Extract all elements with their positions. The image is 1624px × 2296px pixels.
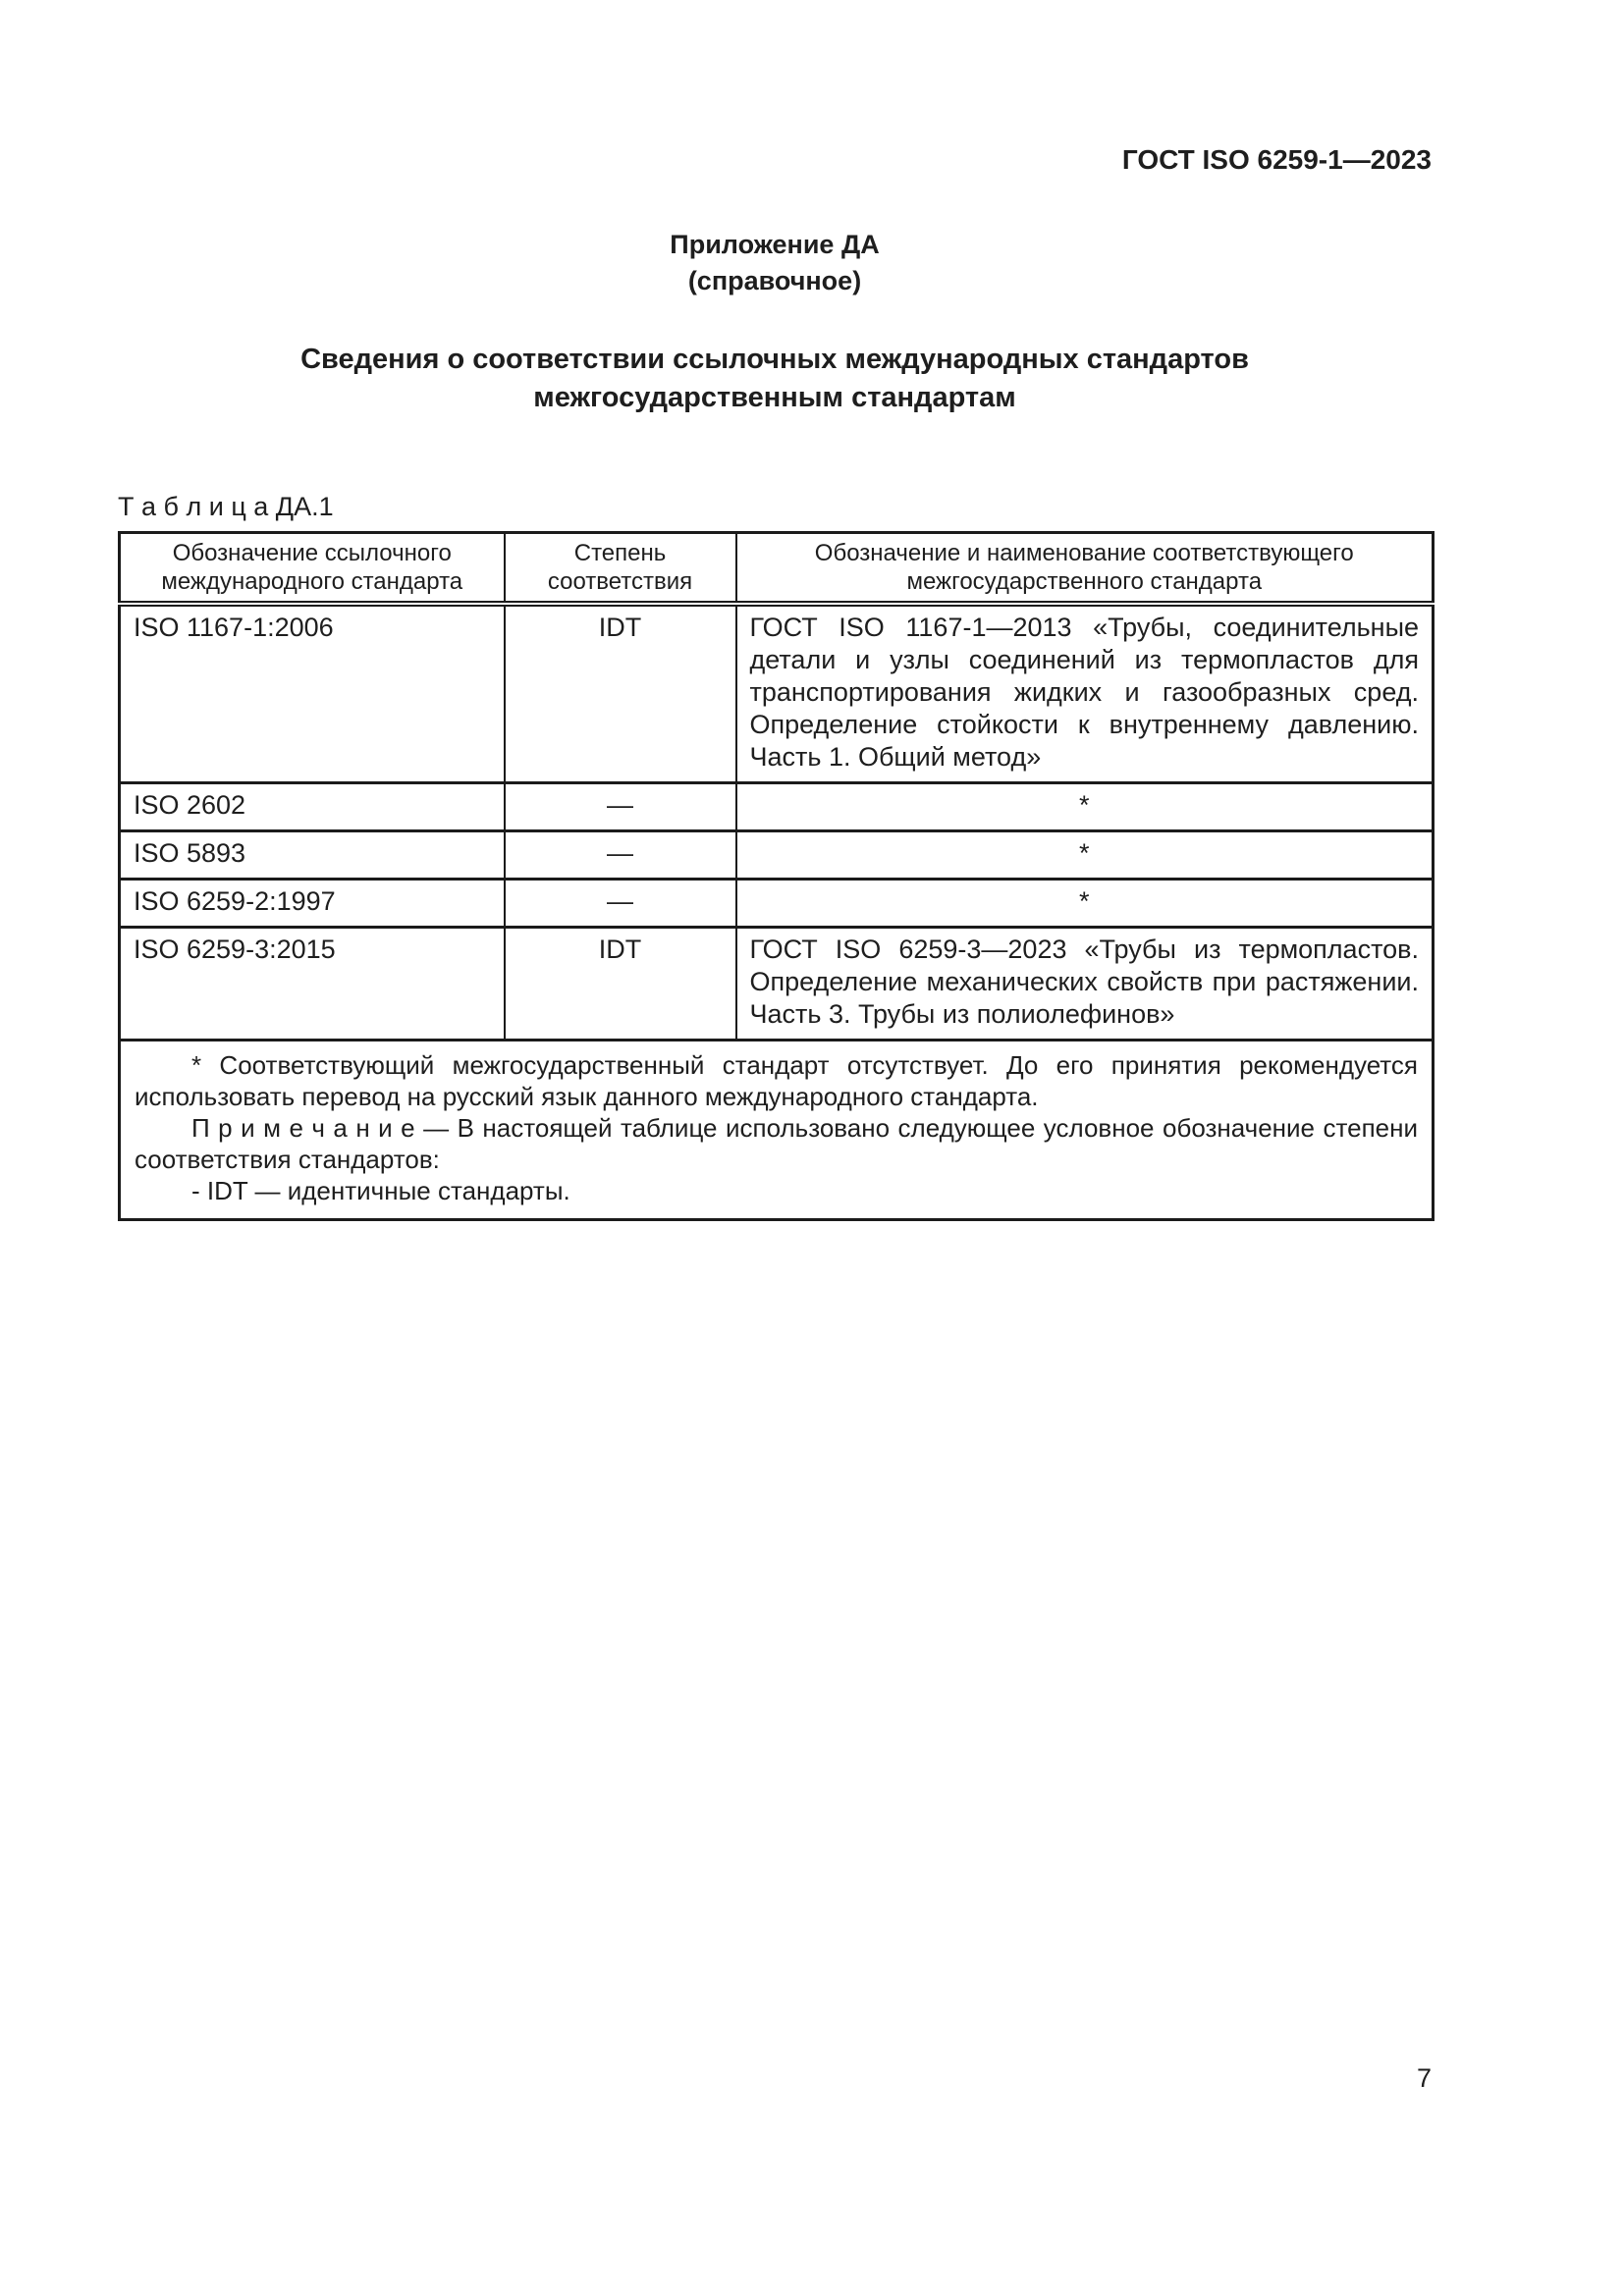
cell-reference-standard: ISO 6259-3:2015 bbox=[120, 927, 505, 1040]
appendix-label: Приложение ДА bbox=[118, 227, 1432, 263]
col-header-matching-standard: Обозначение и наименование соответствующ… bbox=[736, 532, 1434, 604]
col-header-reference-standard: Обозначение ссылочного международного ст… bbox=[120, 532, 505, 604]
section-title-line1: Сведения о соответствии ссылочных междун… bbox=[118, 341, 1432, 379]
col-header-line: межгосударственного стандарта bbox=[745, 567, 1425, 596]
footnote-paragraph: * Соответствующий межгосударственный ста… bbox=[135, 1049, 1418, 1112]
footnote-paragraph: - IDT — идентичные стандарты. bbox=[135, 1175, 1418, 1206]
table-row: ISO 1167-1:2006IDTГОСТ ISO 1167-1—2013 «… bbox=[120, 604, 1434, 783]
table-label: Т а б л и ц а ДА.1 bbox=[118, 492, 1432, 521]
cell-matching-standard: ГОСТ ISO 6259-3—2023 «Трубы из термоплас… bbox=[736, 927, 1434, 1040]
table-row: ISO 2602—* bbox=[120, 782, 1434, 830]
correspondence-table: Обозначение ссылочного международного ст… bbox=[118, 531, 1435, 1221]
table-footnote: * Соответствующий межгосударственный ста… bbox=[120, 1040, 1434, 1219]
cell-reference-standard: ISO 2602 bbox=[120, 782, 505, 830]
appendix-heading: Приложение ДА (справочное) bbox=[118, 227, 1432, 299]
page-number: 7 bbox=[118, 2063, 1432, 2094]
cell-matching-standard: * bbox=[736, 782, 1434, 830]
col-header-line: международного стандарта bbox=[129, 567, 496, 596]
page-content: ГОСТ ISO 6259-1—2023 Приложение ДА (спра… bbox=[118, 0, 1432, 1221]
appendix-type: (справочное) bbox=[118, 263, 1432, 299]
col-header-line: Обозначение ссылочного bbox=[129, 539, 496, 567]
table-header: Обозначение ссылочного международного ст… bbox=[120, 532, 1434, 604]
cell-matching-standard: * bbox=[736, 830, 1434, 879]
cell-matching-standard: * bbox=[736, 879, 1434, 927]
table-row: ISO 6259-2:1997—* bbox=[120, 879, 1434, 927]
cell-degree-of-correspondence: IDT bbox=[505, 604, 736, 783]
table-header-row: Обозначение ссылочного международного ст… bbox=[120, 532, 1434, 604]
cell-reference-standard: ISO 5893 bbox=[120, 830, 505, 879]
cell-matching-standard: ГОСТ ISO 1167-1—2013 «Трубы, соединитель… bbox=[736, 604, 1434, 783]
table-row: ISO 5893—* bbox=[120, 830, 1434, 879]
cell-degree-of-correspondence: — bbox=[505, 830, 736, 879]
col-header-line: Обозначение и наименование соответствующ… bbox=[745, 539, 1425, 567]
footnote-row: * Соответствующий межгосударственный ста… bbox=[120, 1040, 1434, 1219]
cell-degree-of-correspondence: — bbox=[505, 879, 736, 927]
section-title-line2: межгосударственным стандартам bbox=[118, 379, 1432, 417]
col-header-line: Степень bbox=[514, 539, 728, 567]
table-row: ISO 6259-3:2015IDTГОСТ ISO 6259-3—2023 «… bbox=[120, 927, 1434, 1040]
footnote-cell: * Соответствующий межгосударственный ста… bbox=[120, 1040, 1434, 1219]
cell-degree-of-correspondence: IDT bbox=[505, 927, 736, 1040]
cell-reference-standard: ISO 6259-2:1997 bbox=[120, 879, 505, 927]
table-body: ISO 1167-1:2006IDTГОСТ ISO 1167-1—2013 «… bbox=[120, 604, 1434, 1041]
footnote-paragraph: П р и м е ч а н и е — В настоящей таблиц… bbox=[135, 1112, 1418, 1175]
cell-reference-standard: ISO 1167-1:2006 bbox=[120, 604, 505, 783]
col-header-degree: Степень соответствия bbox=[505, 532, 736, 604]
doc-code: ГОСТ ISO 6259-1—2023 bbox=[118, 0, 1432, 176]
section-title: Сведения о соответствии ссылочных междун… bbox=[118, 341, 1432, 417]
col-header-line: соответствия bbox=[514, 567, 728, 596]
cell-degree-of-correspondence: — bbox=[505, 782, 736, 830]
